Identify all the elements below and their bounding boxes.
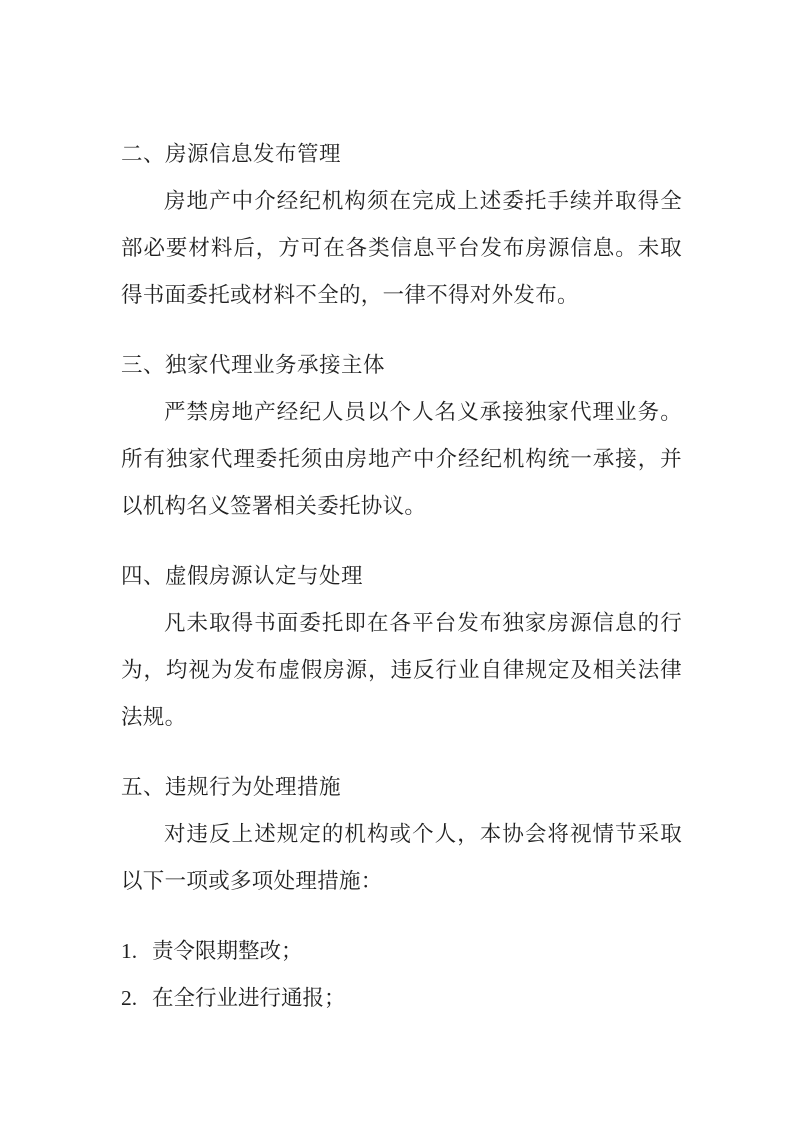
section-paragraph: 房地产中介经纪机构须在完成上述委托手续并取得全部必要材料后，方可在各类信息平台发… <box>121 178 682 319</box>
section-violation-measures: 五、违规行为处理措施 对违反上述规定的机构或个人，本协会将视情节采取以下一项或多… <box>121 764 682 905</box>
section-heading: 二、房源信息发布管理 <box>121 131 682 178</box>
document-page: 二、房源信息发布管理 房地产中介经纪机构须在完成上述委托手续并取得全部必要材料后… <box>0 0 800 1123</box>
list-item-text: 责令限期整改； <box>152 928 682 975</box>
section-listing-info-management: 二、房源信息发布管理 房地产中介经纪机构须在完成上述委托手续并取得全部必要材料后… <box>121 131 682 319</box>
measure-list: 1. 责令限期整改； 2. 在全行业进行通报； <box>121 928 682 1022</box>
list-item-number: 1. <box>121 928 152 975</box>
section-fake-listing-handling: 四、虚假房源认定与处理 凡未取得书面委托即在各平台发布独家房源信息的行为，均视为… <box>121 553 682 741</box>
list-item: 1. 责令限期整改； <box>121 928 682 975</box>
section-paragraph: 凡未取得书面委托即在各平台发布独家房源信息的行为，均视为发布虚假房源，违反行业自… <box>121 600 682 741</box>
list-item-number: 2. <box>121 975 152 1022</box>
list-item-text: 在全行业进行通报； <box>152 975 682 1022</box>
document-content: 二、房源信息发布管理 房地产中介经纪机构须在完成上述委托手续并取得全部必要材料后… <box>121 131 682 1022</box>
list-item: 2. 在全行业进行通报； <box>121 975 682 1022</box>
section-heading: 五、违规行为处理措施 <box>121 764 682 811</box>
section-heading: 三、独家代理业务承接主体 <box>121 342 682 389</box>
section-heading: 四、虚假房源认定与处理 <box>121 553 682 600</box>
section-exclusive-agency-entity: 三、独家代理业务承接主体 严禁房地产经纪人员以个人名义承接独家代理业务。所有独家… <box>121 342 682 530</box>
section-paragraph: 严禁房地产经纪人员以个人名义承接独家代理业务。所有独家代理委托须由房地产中介经纪… <box>121 389 682 530</box>
section-paragraph: 对违反上述规定的机构或个人，本协会将视情节采取以下一项或多项处理措施： <box>121 811 682 905</box>
